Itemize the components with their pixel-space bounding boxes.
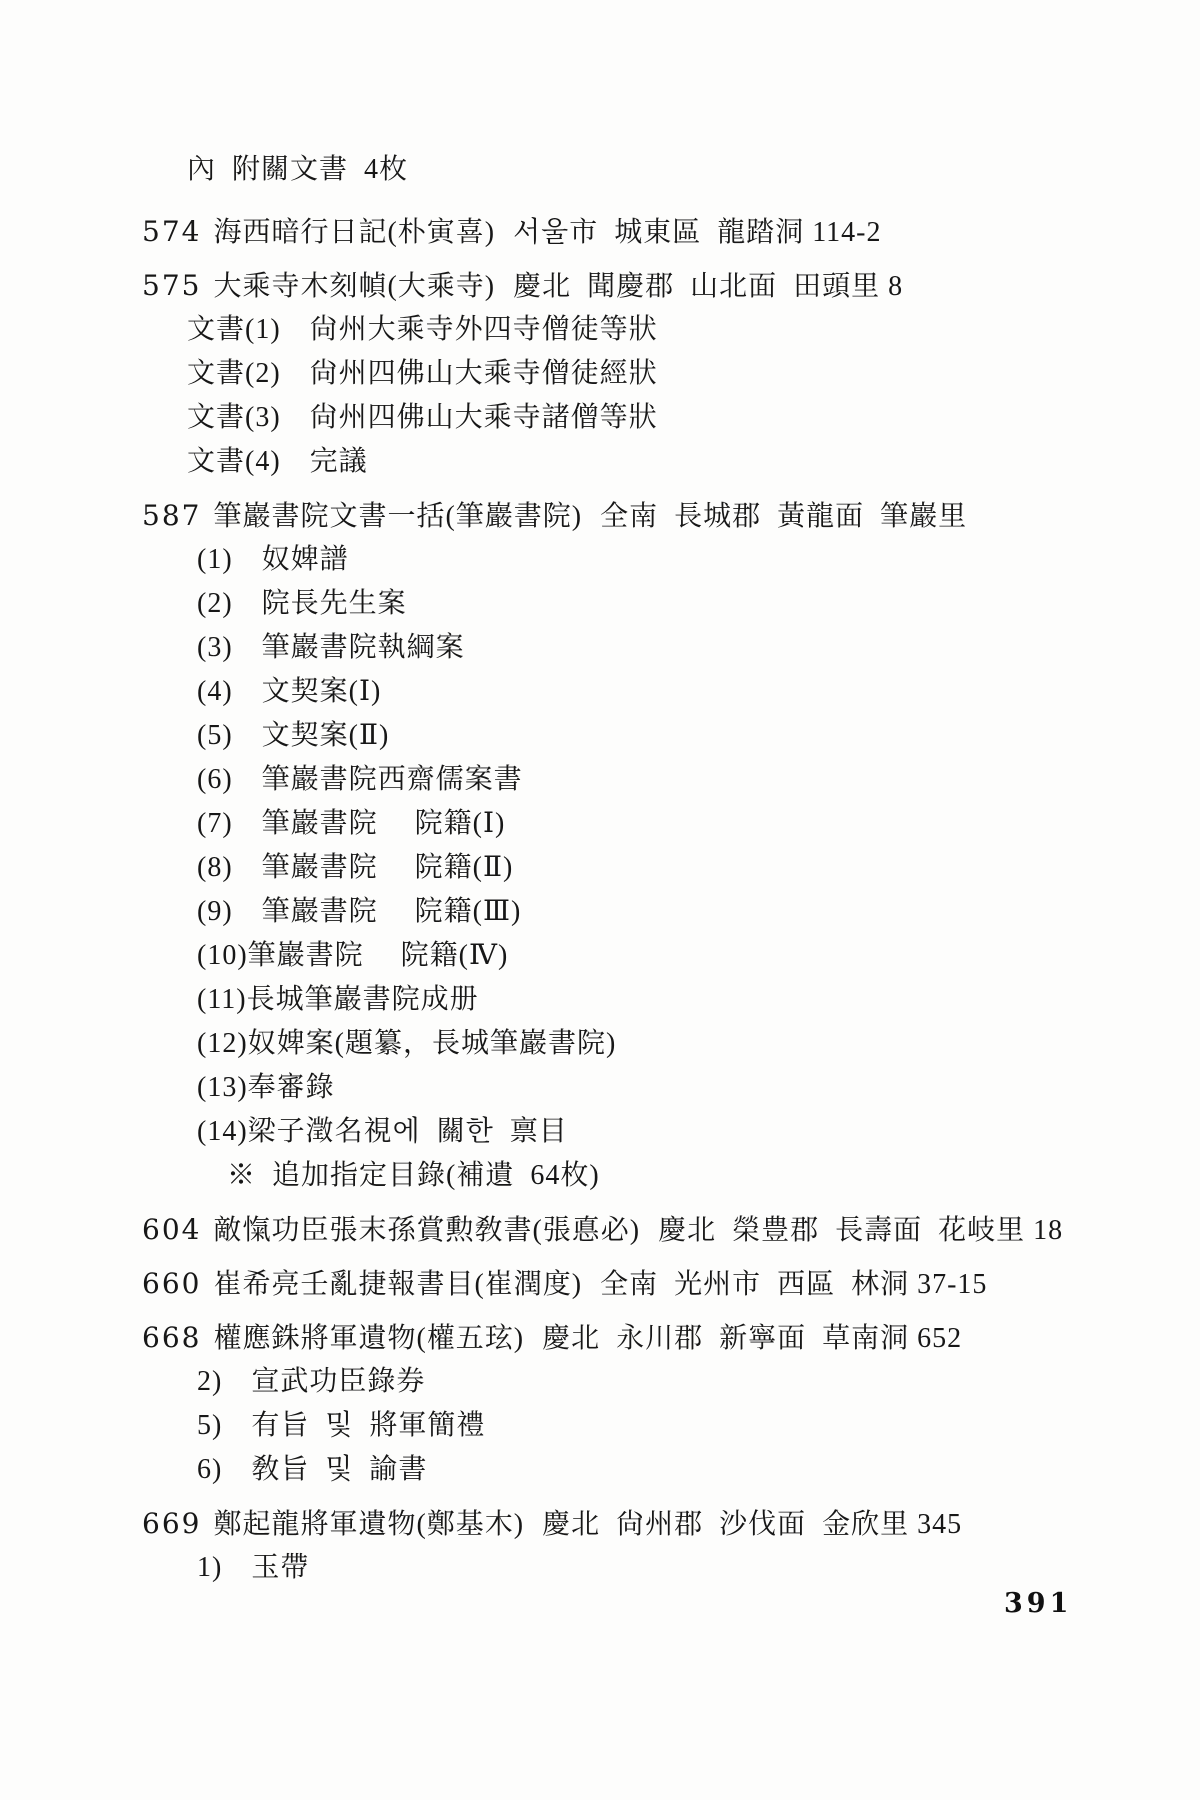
subitem-line: 5) 有旨 및 將軍簡禮 xyxy=(142,1404,1152,1448)
subitem-line: (12)奴婢案(題纂，長城筆巖書院) xyxy=(142,1022,1152,1066)
entry-address: 全南 光州市 西區 林洞 37-15 xyxy=(600,1269,987,1300)
entry-660-line: 660崔希亮壬亂捷報書目(崔潤度)全南 光州市 西區 林洞 37-15 xyxy=(142,1262,1152,1306)
subitem-line: (11)長城筆巖書院成册 xyxy=(142,978,1152,1022)
subitem-line: (8) 筆巖書院 院籍(Ⅱ) xyxy=(142,846,1152,890)
subitem-line: (9) 筆巖書院 院籍(Ⅲ) xyxy=(142,890,1152,934)
subitem-line: (13)奉審錄 xyxy=(142,1066,1152,1110)
entry-669-line: 669鄭起龍將軍遺物(鄭基木)慶北 尙州郡 沙伐面 金欣里 345 xyxy=(142,1502,1152,1546)
document-page: 內 附關文書 4枚 574海西暗行日記(朴寅喜)서울市 城東區 龍踏洞 114-… xyxy=(0,0,1200,1800)
entry-address: 서울市 城東區 龍踏洞 114-2 xyxy=(513,217,881,248)
entry-587-line: 587筆巖書院文書一括(筆巖書院)全南 長城郡 黃龍面 筆巖里 xyxy=(142,494,1152,538)
subitem-line: 文書(2) 尙州四佛山大乘寺僧徒經狀 xyxy=(142,352,1152,396)
subitem-line: 6) 敎旨 및 諭書 xyxy=(142,1448,1152,1492)
subitem-line: (7) 筆巖書院 院籍(Ⅰ) xyxy=(142,802,1152,846)
entry-address: 全南 長城郡 黃龍面 筆巖里 xyxy=(600,501,967,532)
entry-604-line: 604敵愾功臣張末孫賞勲敎書(張悳必)慶北 榮豊郡 長壽面 花岐里 18 xyxy=(142,1208,1152,1252)
entry-575-line: 575大乘寺木刻幀(大乘寺)慶北 聞慶郡 山北面 田頭里 8 xyxy=(142,264,1152,308)
subitem-line: (1) 奴婢譜 xyxy=(142,538,1152,582)
page-number: 391 xyxy=(1004,1588,1072,1619)
entry-title: 敵愾功臣張末孫賞勲敎書(張悳必) xyxy=(213,1215,640,1246)
entry-number: 575 xyxy=(142,264,201,308)
entry-number: 574 xyxy=(142,210,201,254)
entry-title: 大乘寺木刻幀(大乘寺) xyxy=(213,271,495,302)
entry-574-line: 574海西暗行日記(朴寅喜)서울市 城東區 龍踏洞 114-2 xyxy=(142,210,1152,254)
entry-address: 慶北 聞慶郡 山北面 田頭里 8 xyxy=(513,271,903,302)
subitem-line: (3) 筆巖書院執綱案 xyxy=(142,626,1152,670)
entry-title: 海西暗行日記(朴寅喜) xyxy=(213,217,495,248)
header-note-line: 內 附關文書 4枚 xyxy=(142,148,1152,192)
entry-number: 668 xyxy=(142,1316,201,1360)
entry-title: 權應銖將軍遺物(權五玹) xyxy=(213,1323,524,1354)
entry-title: 崔希亮壬亂捷報書目(崔潤度) xyxy=(213,1269,582,1300)
entry-number: 587 xyxy=(142,494,201,538)
entry-title: 筆巖書院文書一括(筆巖書院) xyxy=(213,501,582,532)
subitem-line: 2) 宣武功臣錄券 xyxy=(142,1360,1152,1404)
entry-title: 鄭起龍將軍遺物(鄭基木) xyxy=(213,1509,524,1540)
subitem-line: (6) 筆巖書院西齋儒案書 xyxy=(142,758,1152,802)
entry-address: 慶北 永川郡 新寧面 草南洞 652 xyxy=(542,1323,962,1354)
subitem-line: 文書(3) 尙州四佛山大乘寺諸僧等狀 xyxy=(142,396,1152,440)
entry-number: 660 xyxy=(142,1262,201,1306)
subitem-line: (5) 文契案(Ⅱ) xyxy=(142,714,1152,758)
subitem-line: 文書(1) 尙州大乘寺外四寺僧徒等狀 xyxy=(142,308,1152,352)
appendix-note-line: ※ 追加指定目錄(補遺 64枚) xyxy=(142,1154,1152,1198)
entry-668-line: 668權應銖將軍遺物(權五玹)慶北 永川郡 新寧面 草南洞 652 xyxy=(142,1316,1152,1360)
entry-address: 慶北 尙州郡 沙伐面 金欣里 345 xyxy=(542,1509,962,1540)
subitem-line: 文書(4) 完議 xyxy=(142,440,1152,484)
entry-number: 604 xyxy=(142,1208,201,1252)
subitem-line: (14)梁子澂名視에 關한 禀目 xyxy=(142,1110,1152,1154)
subitem-line: (2) 院長先生案 xyxy=(142,582,1152,626)
catalog-list: 內 附關文書 4枚 574海西暗行日記(朴寅喜)서울市 城東區 龍踏洞 114-… xyxy=(142,148,1152,1590)
subitem-line: (4) 文契案(Ⅰ) xyxy=(142,670,1152,714)
entry-address: 慶北 榮豊郡 長壽面 花岐里 18 xyxy=(658,1215,1063,1246)
subitem-line: 1) 玉帶 xyxy=(142,1546,1152,1590)
subitem-line: (10)筆巖書院 院籍(Ⅳ) xyxy=(142,934,1152,978)
entry-number: 669 xyxy=(142,1502,201,1546)
